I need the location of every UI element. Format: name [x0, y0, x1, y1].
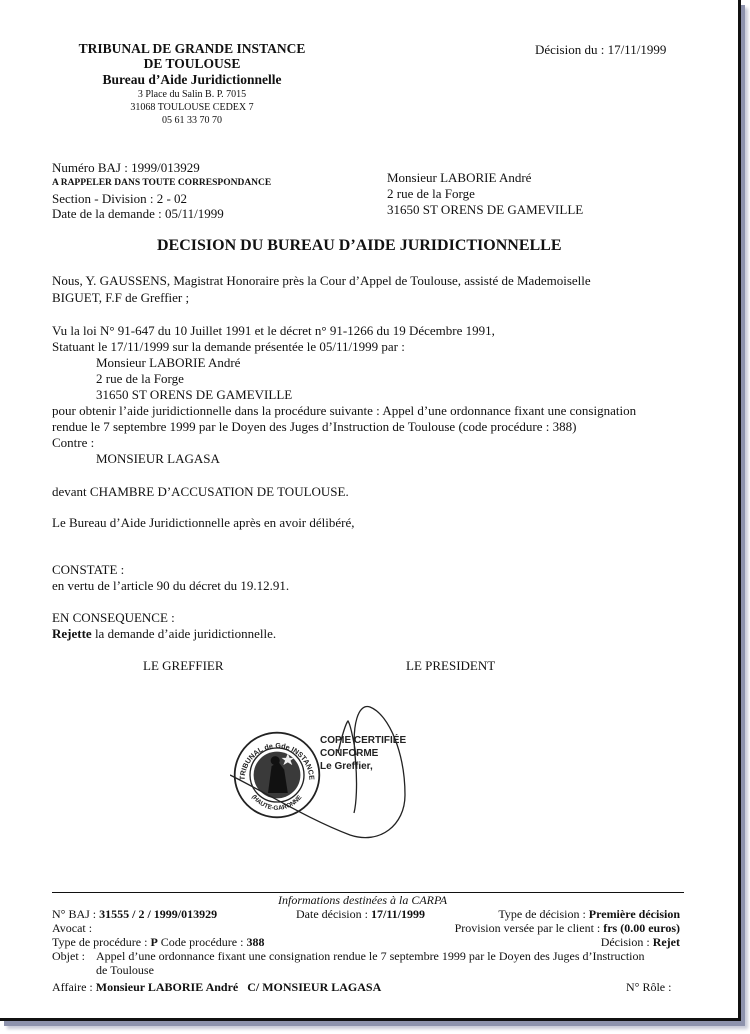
document-title: DECISION DU BUREAU D’AIDE JURIDICTIONNEL…	[157, 237, 562, 255]
verdict-bold: Rejette	[52, 626, 92, 641]
against-label: Contre :	[52, 435, 94, 451]
carpa-decision-type-value: Première décision	[589, 907, 680, 921]
court-chamber: devant CHAMBRE D’ACCUSATION DE TOULOUSE.	[52, 484, 349, 500]
address-line-1: 3 Place du Salin B. P. 7015	[62, 88, 322, 101]
court-header: TRIBUNAL DE GRANDE INSTANCE DE TOULOUSE …	[62, 42, 322, 127]
opponent-name: MONSIEUR LAGASA	[96, 451, 220, 467]
carpa-provision: Provision versée par le client : frs (0.…	[455, 921, 680, 936]
carpa-decision-label: Décision :	[601, 935, 653, 949]
carpa-case-value: Monsieur LABORIE André C/ MONSIEUR LAGAS…	[96, 980, 381, 994]
carpa-decision-value: Rejet	[653, 935, 680, 949]
carpa-proc-type-label: Type de procédure :	[52, 935, 150, 949]
law-reference: Vu la loi N° 91-647 du 10 Juillet 1991 e…	[52, 323, 495, 339]
court-city: DE TOULOUSE	[62, 57, 322, 72]
carpa-object-line-2: de Toulouse	[96, 963, 154, 978]
carpa-procedure: Type de procédure : P Code procédure : 3…	[52, 935, 264, 950]
request-date: Date de la demande : 05/11/1999	[52, 206, 224, 222]
carpa-date-value: 17/11/1999	[371, 907, 425, 921]
carpa-lawyer-label: Avocat :	[52, 921, 92, 936]
carpa-case: Affaire : Monsieur LABORIE André C/ MONS…	[52, 980, 381, 995]
applicant-street: 2 rue de la Forge	[96, 371, 184, 387]
address-line-2: 31068 TOULOUSE CEDEX 7	[62, 101, 322, 114]
constate-label: CONSTATE :	[52, 562, 124, 578]
ruling-line: Statuant le 17/11/1999 sur la demande pr…	[52, 339, 405, 355]
verdict-line: Rejette la demande d’aide juridictionnel…	[52, 626, 276, 642]
carpa-provision-value: frs (0.00 euros)	[603, 921, 680, 935]
clerk-label: LE GREFFIER	[143, 658, 224, 674]
carpa-role-label: N° Rôle :	[626, 980, 671, 995]
baj-number: Numéro BAJ : 1999/013929	[52, 160, 200, 176]
carpa-decision: Décision : Rejet	[601, 935, 680, 950]
purpose-line-1: pour obtenir l’aide juridictionnelle dan…	[52, 403, 636, 419]
verdict-rest: la demande d’aide juridictionnelle.	[92, 626, 276, 641]
consequence-label: EN CONSEQUENCE :	[52, 610, 175, 626]
phone-number: 05 61 33 70 70	[62, 114, 322, 127]
carpa-baj-label: N° BAJ :	[52, 907, 99, 921]
recipient-street: 2 rue de la Forge	[387, 186, 475, 202]
carpa-case-label: Affaire :	[52, 980, 96, 994]
court-name: TRIBUNAL DE GRANDE INSTANCE	[62, 42, 322, 57]
carpa-heading: Informations destinées à la CARPA	[278, 893, 447, 908]
intro-line-2: BIGUET, F.F de Greffier ;	[52, 290, 189, 306]
carpa-object-line-1: Appel d’une ordonnance fixant une consig…	[96, 949, 645, 964]
constate-text: en vertu de l’article 90 du décret du 19…	[52, 578, 289, 594]
intro-line-1: Nous, Y. GAUSSENS, Magistrat Honoraire p…	[52, 273, 591, 289]
carpa-decision-type: Type de décision : Première décision	[498, 907, 680, 922]
carpa-proc-type-value: P	[150, 935, 157, 949]
applicant-city: 31650 ST ORENS DE GAMEVILLE	[96, 387, 292, 403]
handwritten-signature	[230, 695, 410, 865]
deliberation-line: Le Bureau d’Aide Juridictionnelle après …	[52, 515, 355, 531]
recipient-name: Monsieur LABORIE André	[387, 170, 531, 186]
purpose-line-2: rendue le 7 septembre 1999 par le Doyen …	[52, 419, 576, 435]
carpa-proc-code-label: Code procédure :	[158, 935, 247, 949]
president-label: LE PRESIDENT	[406, 658, 495, 674]
section-division: Section - Division : 2 - 02	[52, 191, 187, 207]
office-name: Bureau d’Aide Juridictionnelle	[62, 73, 322, 88]
applicant-name: Monsieur LABORIE André	[96, 355, 240, 371]
document-page: TRIBUNAL DE GRANDE INSTANCE DE TOULOUSE …	[0, 0, 741, 1021]
carpa-date: Date décision : 17/11/1999	[296, 907, 425, 922]
carpa-date-label: Date décision :	[296, 907, 371, 921]
carpa-proc-code-value: 388	[246, 935, 264, 949]
carpa-baj-value: 31555 / 2 / 1999/013929	[99, 907, 217, 921]
decision-date: Décision du : 17/11/1999	[535, 42, 666, 58]
carpa-object-label: Objet :	[52, 949, 85, 964]
recipient-city: 31650 ST ORENS DE GAMEVILLE	[387, 202, 583, 218]
reminder-note: A RAPPELER DANS TOUTE CORRESPONDANCE	[52, 178, 271, 188]
carpa-baj: N° BAJ : 31555 / 2 / 1999/013929	[52, 907, 217, 922]
carpa-decision-type-label: Type de décision :	[498, 907, 588, 921]
carpa-provision-label: Provision versée par le client :	[455, 921, 604, 935]
